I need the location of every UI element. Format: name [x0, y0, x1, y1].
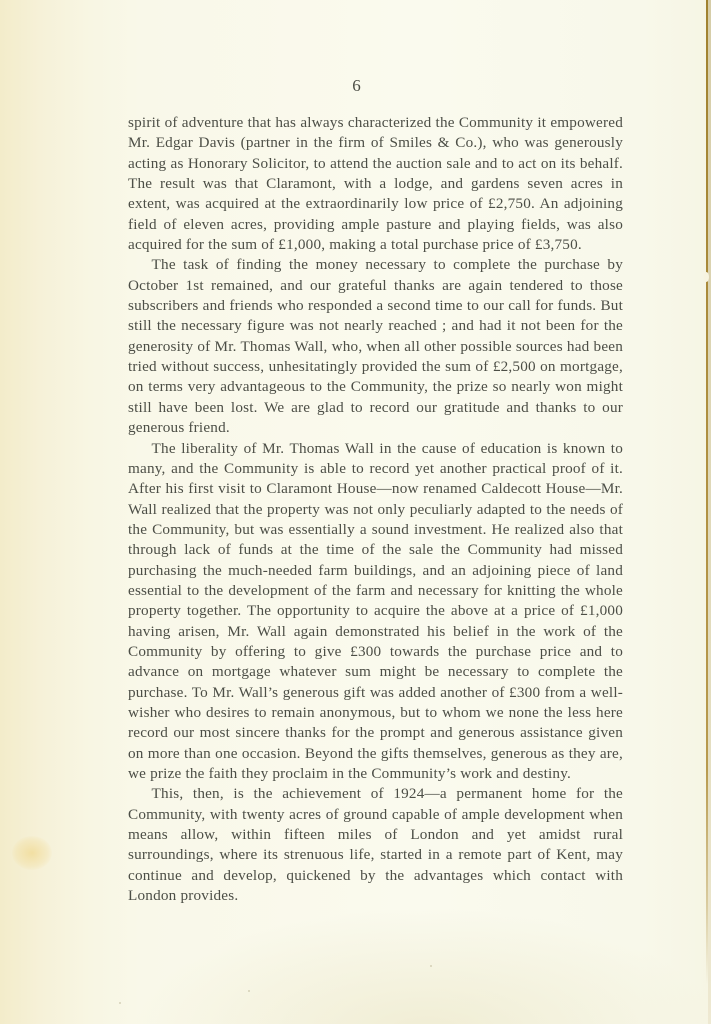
paragraph: The liberality of Mr. Thomas Wall in the… [128, 439, 623, 785]
paper-stain [12, 836, 52, 870]
paper-speck [119, 1002, 121, 1004]
book-page-scan: 6 spirit of adventure that has always ch… [0, 0, 711, 1024]
page-edge-line [706, 0, 708, 985]
page-number: 6 [128, 76, 586, 96]
page-text-block: spirit of adventure that has always char… [128, 113, 623, 906]
paper-speck [430, 965, 432, 967]
paragraph: This, then, is the achievement of 1924—a… [128, 784, 623, 906]
paragraph: The task of finding the money necessary … [128, 255, 623, 438]
paragraph: spirit of adventure that has always char… [128, 113, 623, 255]
paper-speck [248, 990, 250, 992]
page-edge-nick [704, 272, 709, 282]
